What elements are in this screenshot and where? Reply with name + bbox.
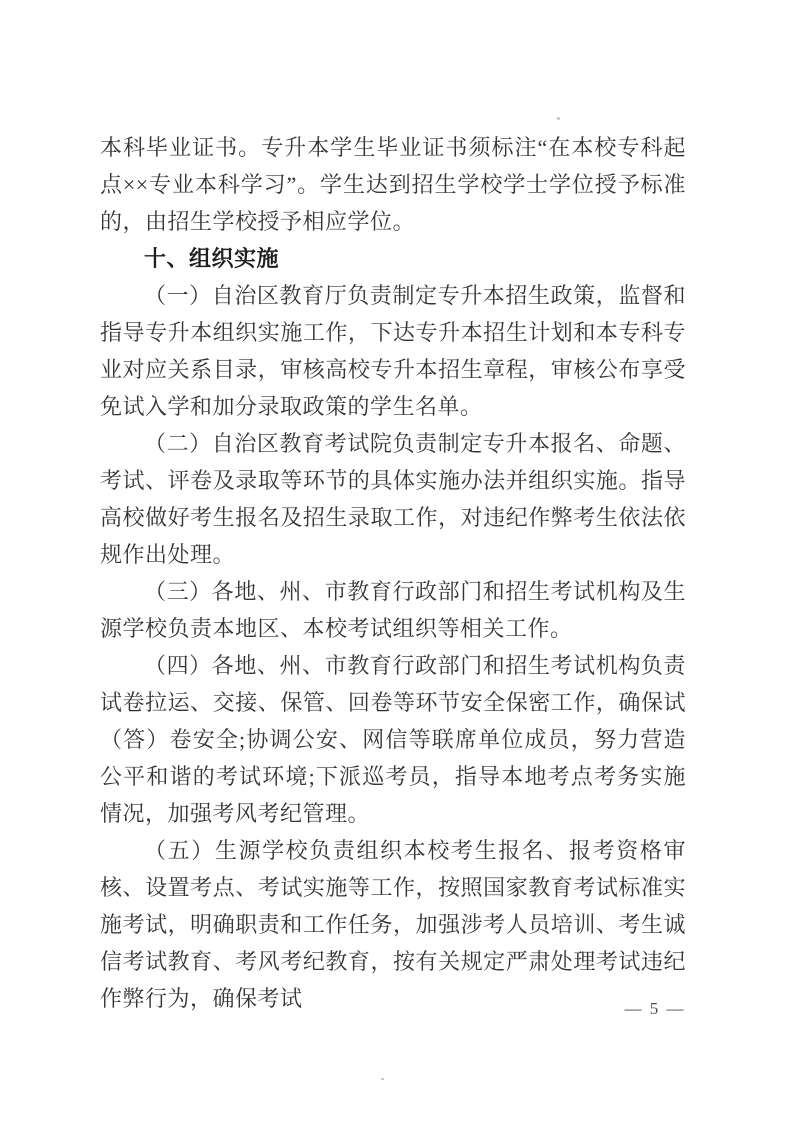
body-paragraph: （二）自治区教育考试院负责制定专升本报名、命题、考试、评卷及录取等环节的具体实施… xyxy=(100,425,686,573)
body-paragraph: （一）自治区教育厅负责制定专升本招生政策，监督和指导专升本组织实施工作，下达专升… xyxy=(100,277,686,425)
body-paragraph: 本科毕业证书。专升本学生毕业证书须标注“在本校专科起点××专业本科学习”。学生达… xyxy=(100,129,686,240)
page-number: — 5 — xyxy=(590,999,720,1019)
document-page: 本科毕业证书。专升本学生毕业证书须标注“在本校专科起点××专业本科学习”。学生达… xyxy=(0,0,793,1121)
body-paragraph: （五）生源学校负责组织本校考生报名、报考资格审核、设置考点、考试实施等工作，按照… xyxy=(100,832,686,1017)
body-paragraph: （三）各地、州、市教育行政部门和招生考试机构及生源学校负责本地区、本校考试组织等… xyxy=(100,573,686,647)
scan-speck xyxy=(557,117,560,120)
section-heading: 十、组织实施 xyxy=(100,240,686,277)
scan-speck xyxy=(381,1078,384,1080)
body-paragraph: （四）各地、州、市教育行政部门和招生考试机构负责试卷拉运、交接、保管、回卷等环节… xyxy=(100,647,686,832)
document-body: 本科毕业证书。专升本学生毕业证书须标注“在本校专科起点××专业本科学习”。学生达… xyxy=(100,129,686,1017)
